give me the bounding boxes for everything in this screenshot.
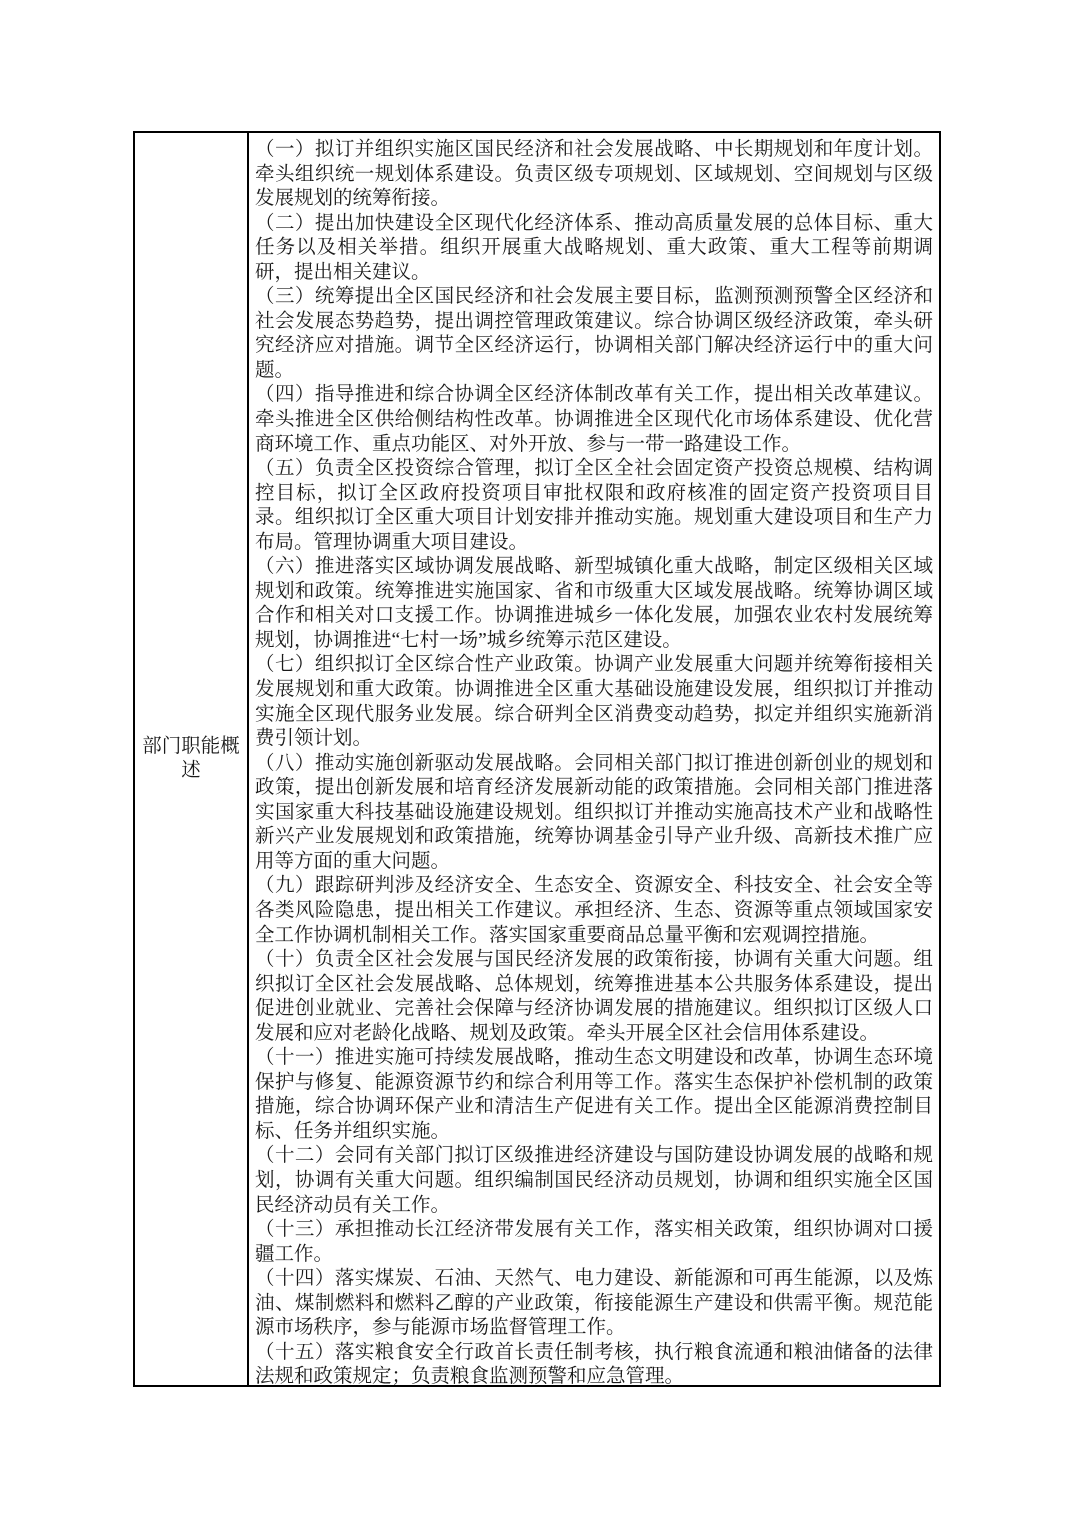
row-content-cell: （一）拟订并组织实施区国民经济和社会发展战略、中长期规划和年度计划。牵头组织统一…	[249, 133, 939, 1385]
function-item-14: （十四）落实煤炭、石油、天然气、电力建设、新能源和可再生能源，以及炼油、煤制燃料…	[255, 1267, 933, 1341]
function-item-3: （三）统筹提出全区国民经济和社会发展主要目标，监测预测预警全区经济和社会发展态势…	[255, 285, 933, 383]
function-item-2: （二）提出加快建设全区现代化经济体系、推动高质量发展的总体目标、重大任务以及相关…	[255, 212, 933, 286]
function-item-13: （十三）承担推动长江经济带发展有关工作，落实相关政策，组织协调对口援疆工作。	[255, 1218, 933, 1267]
function-item-9: （九）跟踪研判涉及经济安全、生态安全、资源安全、科技安全、社会安全等各类风险隐患…	[255, 874, 933, 948]
row-label: 部门职能概述	[141, 735, 241, 784]
function-item-5: （五）负责全区投资综合管理，拟订全区全社会固定资产投资总规模、结构调控目标，拟订…	[255, 457, 933, 555]
function-item-10: （十）负责全区社会发展与国民经济发展的政策衔接，协调有关重大问题。组织拟订全区社…	[255, 948, 933, 1046]
function-item-15: （十五）落实粮食安全行政首长责任制考核，执行粮食流通和粮油储备的法律法规和政策规…	[255, 1341, 933, 1385]
function-item-8: （八）推动实施创新驱动发展战略。会同相关部门拟订推进创新创业的规划和政策，提出创…	[255, 752, 933, 875]
function-item-4: （四）指导推进和综合协调全区经济体制改革有关工作，提出相关改革建议。牵头推进全区…	[255, 383, 933, 457]
document-page: 部门职能概述 （一）拟订并组织实施区国民经济和社会发展战略、中长期规划和年度计划…	[0, 0, 1074, 1520]
function-item-6: （六）推进落实区域协调发展战略、新型城镇化重大战略，制定区级相关区域规划和政策。…	[255, 555, 933, 653]
function-item-7: （七）组织拟订全区综合性产业政策。协调产业发展重大问题并统筹衔接相关发展规划和重…	[255, 653, 933, 751]
function-item-1: （一）拟订并组织实施区国民经济和社会发展战略、中长期规划和年度计划。牵头组织统一…	[255, 138, 933, 212]
row-label-cell: 部门职能概述	[135, 133, 249, 1385]
function-item-12: （十二）会同有关部门拟订区级推进经济建设与国防建设协调发展的战略和规划，协调有关…	[255, 1144, 933, 1218]
department-functions-table: 部门职能概述 （一）拟订并组织实施区国民经济和社会发展战略、中长期规划和年度计划…	[133, 131, 941, 1387]
function-item-11: （十一）推进实施可持续发展战略，推动生态文明建设和改革，协调生态环境保护与修复、…	[255, 1046, 933, 1144]
